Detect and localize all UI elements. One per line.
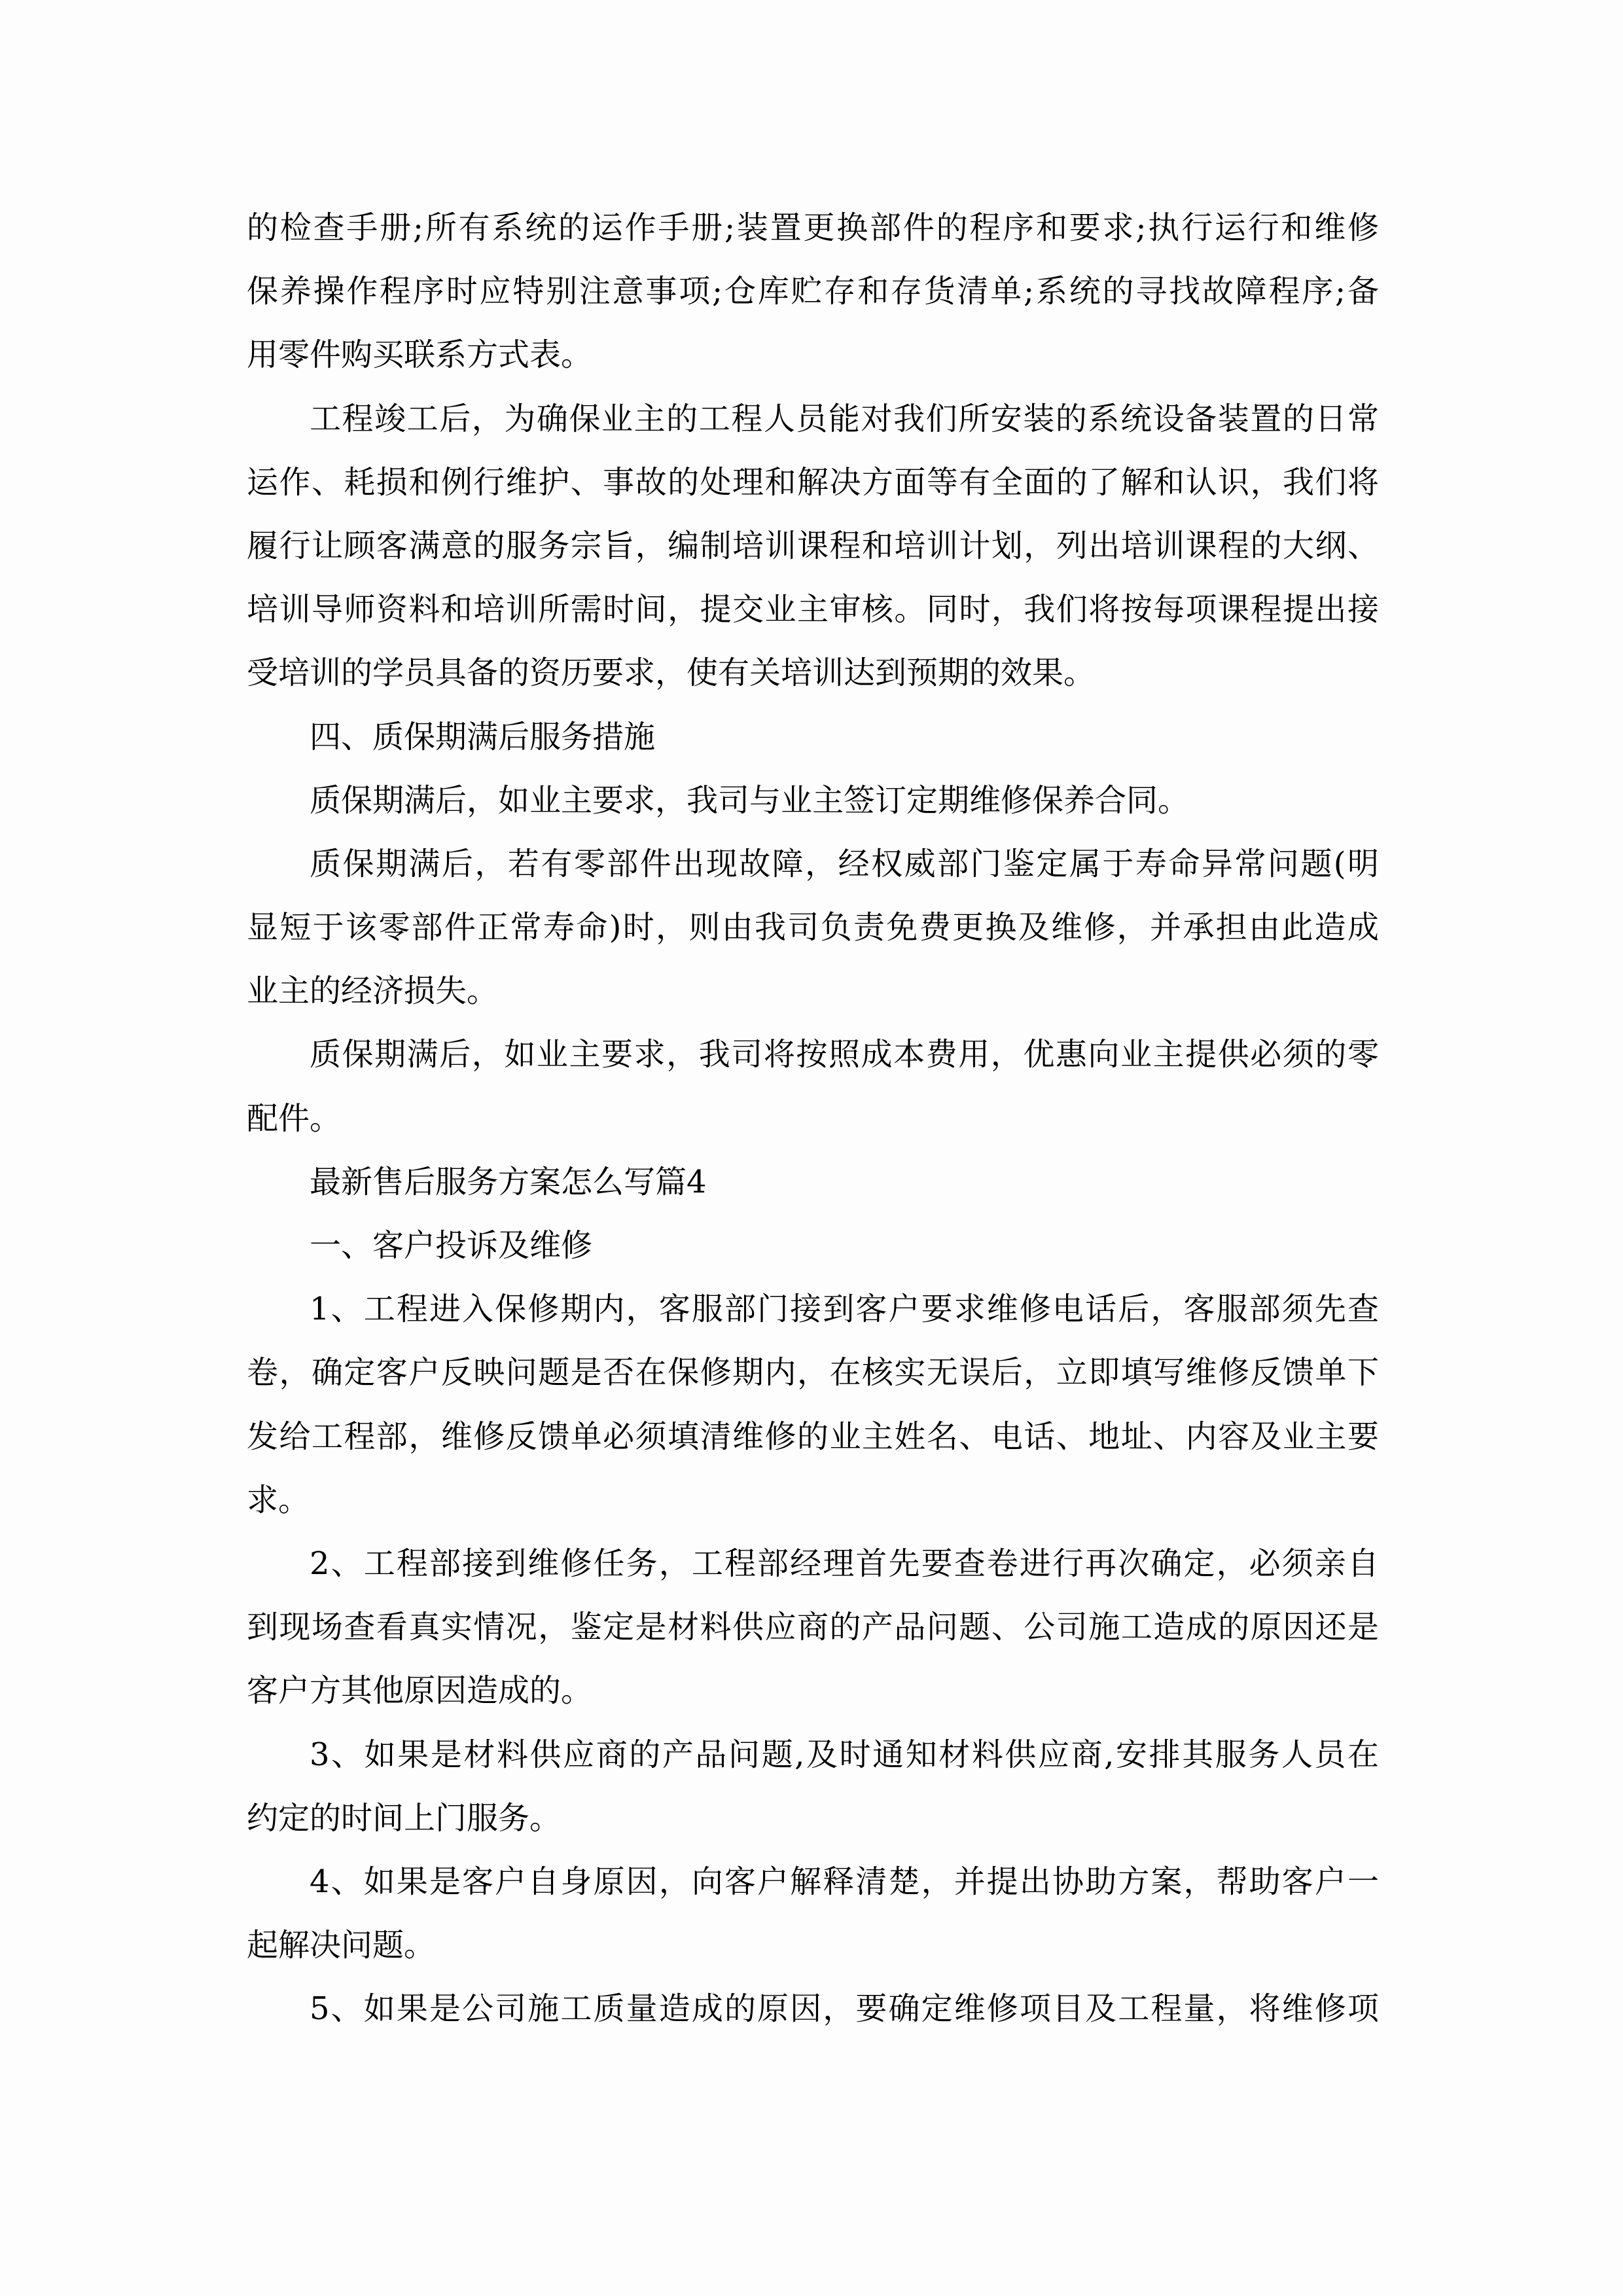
text-line: 发给工程部，维修反馈单必须填清维修的业主姓名、电话、地址、内容及业主要 (247, 1416, 1379, 1479)
paragraph-training: 工程竣工后，为确保业主的工程人员能对我们所安装的系统设备装置的日常 运作、耗损和… (247, 398, 1379, 716)
section-heading-warranty-expiry: 四、质保期满后服务措施 (247, 716, 1379, 780)
list-item-1: 1、工程进入保修期内，客服部门接到客户要求维修电话后，客服部须先查 卷，确定客户… (247, 1288, 1379, 1543)
text-line: 运作、耗损和例行维护、事故的处理和解决方面等有全面的了解和认识，我们将 (247, 461, 1379, 525)
paragraph-continuation: 的检查手册;所有系统的运作手册;装置更换部件的程序和要求;执行运行和维修 保养操… (247, 207, 1379, 398)
text-line: 3、如果是材料供应商的产品问题,及时通知材料供应商,安排其服务人员在 (247, 1734, 1379, 1797)
paragraph-maintenance-contract: 质保期满后，如业主要求，我司与业主签订定期维修保养合同。 (247, 780, 1379, 843)
section-heading-complaints: 一、客户投诉及维修 (247, 1225, 1379, 1288)
text-line: 保养操作程序时应特别注意事项;仓库贮存和存货清单;系统的寻找故障程序;备 (247, 270, 1379, 334)
text-line: 约定的时间上门服务。 (247, 1797, 1379, 1861)
text-line: 业主的经济损失。 (247, 970, 1379, 1033)
text-line: 质保期满后，如业主要求，我司将按照成本费用，优惠向业主提供必须的零 (247, 1033, 1379, 1097)
text-line: 受培训的学员具备的资历要求，使有关培训达到预期的效果。 (247, 652, 1379, 715)
text-line: 到现场查看真实情况，鉴定是材料供应商的产品问题、公司施工造成的原因还是 (247, 1606, 1379, 1670)
text-line: 用零件购买联系方式表。 (247, 334, 1379, 397)
list-item-3: 3、如果是材料供应商的产品问题,及时通知材料供应商,安排其服务人员在 约定的时间… (247, 1734, 1379, 1861)
text-line: 起解决问题。 (247, 1924, 1379, 1988)
text-line: 的检查手册;所有系统的运作手册;装置更换部件的程序和要求;执行运行和维修 (247, 207, 1379, 270)
text-line: 质保期满后，若有零部件出现故障，经权威部门鉴定属于寿命异常问题(明 (247, 843, 1379, 906)
text-line: 质保期满后，如业主要求，我司与业主签订定期维修保养合同。 (247, 780, 1379, 843)
text-line: 4、如果是客户自身原因，向客户解释清楚，并提出协助方案，帮助客户一 (247, 1861, 1379, 1924)
list-item-5: 5、如果是公司施工质量造成的原因，要确定维修项目及工程量，将维修项 (247, 1988, 1379, 2051)
text-line: 1、工程进入保修期内，客服部门接到客户要求维修电话后，客服部须先查 (247, 1288, 1379, 1352)
text-line: 工程竣工后，为确保业主的工程人员能对我们所安装的系统设备装置的日常 (247, 398, 1379, 461)
article-title-part-4: 最新售后服务方案怎么写篇4 (247, 1161, 1379, 1225)
text-line: 履行让顾客满意的服务宗旨，编制培训课程和培训计划，列出培训课程的大纲、 (247, 525, 1379, 588)
heading-text: 一、客户投诉及维修 (247, 1225, 1379, 1288)
text-line: 卷，确定客户反映问题是否在保修期内，在核实无误后，立即填写维修反馈单下 (247, 1352, 1379, 1415)
heading-text: 最新售后服务方案怎么写篇4 (247, 1161, 1379, 1225)
text-line: 2、工程部接到维修任务，工程部经理首先要查卷进行再次确定，必须亲自 (247, 1543, 1379, 1606)
text-line: 客户方其他原因造成的。 (247, 1670, 1379, 1733)
paragraph-parts-supply: 质保期满后，如业主要求，我司将按照成本费用，优惠向业主提供必须的零 配件。 (247, 1033, 1379, 1160)
heading-text: 四、质保期满后服务措施 (247, 716, 1379, 780)
text-line: 5、如果是公司施工质量造成的原因，要确定维修项目及工程量，将维修项 (247, 1988, 1379, 2051)
list-item-2: 2、工程部接到维修任务，工程部经理首先要查卷进行再次确定，必须亲自 到现场查看真… (247, 1543, 1379, 1734)
document-body: 的检查手册;所有系统的运作手册;装置更换部件的程序和要求;执行运行和维修 保养操… (247, 207, 1379, 2051)
text-line: 培训导师资料和培训所需时间，提交业主审核。同时，我们将按每项课程提出接 (247, 588, 1379, 652)
text-line: 配件。 (247, 1098, 1379, 1161)
document-page: 的检查手册;所有系统的运作手册;装置更换部件的程序和要求;执行运行和维修 保养操… (0, 0, 1623, 2296)
text-line: 求。 (247, 1479, 1379, 1543)
text-line: 显短于该零部件正常寿命)时，则由我司负责免费更换及维修，并承担由此造成 (247, 906, 1379, 970)
paragraph-parts-failure: 质保期满后，若有零部件出现故障，经权威部门鉴定属于寿命异常问题(明 显短于该零部… (247, 843, 1379, 1034)
list-item-4: 4、如果是客户自身原因，向客户解释清楚，并提出协助方案，帮助客户一 起解决问题。 (247, 1861, 1379, 1988)
